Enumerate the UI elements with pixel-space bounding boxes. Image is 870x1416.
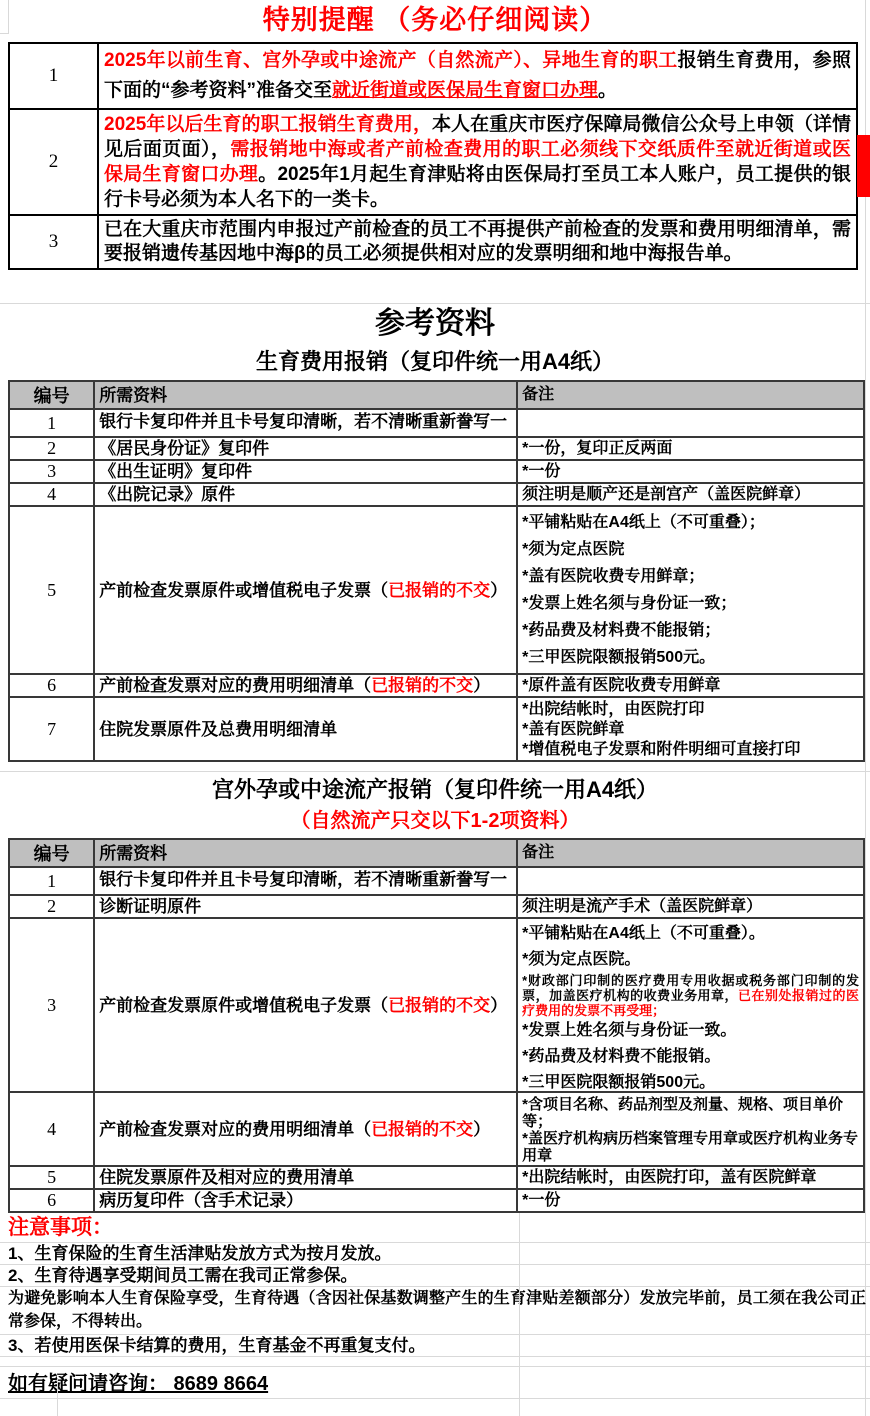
table-row: 1 银行卡复印件并且卡号复印清晰，若不清晰重新誊写一遍 <box>9 409 864 437</box>
cell-num: 3 <box>9 460 94 483</box>
notice-cell: 2025年以后生育的职工报销生育费用，本人在重庆市医疗保障局微信公众号上申领（详… <box>98 109 857 215</box>
note-line: *药品费及材料费不能报销。 <box>522 1044 859 1070</box>
cell-material: 病历复印件（含手术记录） <box>94 1189 517 1212</box>
note-list: *出院结帐时，由医院打印 *盖有医院鲜章 *增值税电子发票和附件明细可直接打印 <box>522 700 859 758</box>
cell-num: 4 <box>9 483 94 506</box>
note-line: *发票上姓名须与身份证一致。 <box>522 1018 859 1044</box>
table-header-row: 编号 所需资料 备注 <box>9 839 864 867</box>
cell-material: 产前检查发票对应的费用明细清单（已报销的不交） <box>94 674 517 697</box>
note-line: *须为定点医院 <box>522 537 859 563</box>
cell-num: 2 <box>9 895 94 918</box>
note-line: *平铺粘贴在A4纸上（不可重叠）。 <box>522 921 859 947</box>
notice-black-text: 。 <box>598 80 617 101</box>
notice-red-text: 2025年以后生育的职工报销生育费用， <box>104 114 432 135</box>
contact-text: 如有疑问请咨询： 8689 8664 <box>8 1373 268 1395</box>
material-text: 产前检查发票对应的费用明细清单（ <box>99 676 371 695</box>
cell-num: 1 <box>9 409 94 437</box>
notice-cell: 2025年以前生育、宫外孕或中途流产（自然流产）、异地生育的职工报销生育费用，参… <box>98 43 857 109</box>
cell-material: 《出生证明》复印件 <box>94 460 517 483</box>
note-list: *平铺粘贴在A4纸上（不可重叠）； *须为定点医院 *盖有医院收费专用鲜章； *… <box>522 509 859 671</box>
table-row: 6 产前检查发票对应的费用明细清单（已报销的不交） *原件盖有医院收费专用鲜章 <box>9 674 864 697</box>
empty-grid-row <box>0 762 870 772</box>
cell-note: 须注明是流产手术（盖医院鲜章） <box>517 895 864 918</box>
reference-table-2: 编号 所需资料 备注 1 银行卡复印件并且卡号复印清晰，若不清晰重新誊写一遍 2… <box>8 838 865 1213</box>
cell-material: 银行卡复印件并且卡号复印清晰，若不清晰重新誊写一遍 <box>94 867 517 895</box>
note-line: *三甲医院限额报销500元。 <box>522 645 859 671</box>
table-row: 3 产前检查发票原件或增值税电子发票（已报销的不交） *平铺粘贴在A4纸上（不可… <box>9 918 864 1092</box>
table-row: 2 诊断证明原件 须注明是流产手术（盖医院鲜章） <box>9 895 864 918</box>
grid-line <box>8 0 9 33</box>
row-number: 1 <box>9 43 98 109</box>
cell-note: *平铺粘贴在A4纸上（不可重叠）。 *须为定点医院。 *财政部门印制的医疗费用专… <box>517 918 864 1092</box>
material-text: ） <box>490 581 507 600</box>
note-line: *出院结帐时，由医院打印 <box>522 700 859 720</box>
table2-title: 宫外孕或中途流产报销（复印件统一用A4纸） <box>0 772 870 808</box>
cell-note: *出院结帐时，由医院打印 *盖有医院鲜章 *增值税电子发票和附件明细可直接打印 <box>517 697 864 761</box>
cell-num: 6 <box>9 1189 94 1212</box>
reference-table-1: 编号 所需资料 备注 1 银行卡复印件并且卡号复印清晰，若不清晰重新誊写一遍 2… <box>8 380 865 762</box>
cell-num: 7 <box>9 697 94 761</box>
notice-text: 已在大重庆市范围内申报过产前检查的员工不再提供产前检查的发票和费用明细清单，需要… <box>104 218 851 266</box>
cell-material: 《居民身份证》复印件 <box>94 437 517 460</box>
table2-subtitle: （自然流产只交以下1-2项资料） <box>0 808 870 838</box>
table-row: 4 《出院记录》原件 须注明是顺产还是剖宫产（盖医院鲜章） <box>9 483 864 506</box>
cell-note: *平铺粘贴在A4纸上（不可重叠）； *须为定点医院 *盖有医院收费专用鲜章； *… <box>517 506 864 674</box>
material-text: 产前检查发票原件或增值税电子发票（ <box>99 581 388 600</box>
material-red-text: 已报销的不交 <box>388 581 490 600</box>
cell-num: 5 <box>9 1166 94 1189</box>
note-line: *三甲医院限额报销500元。 <box>522 1070 859 1092</box>
table-header-row: 编号 所需资料 备注 <box>9 381 864 409</box>
grid-line <box>57 1379 58 1416</box>
page-title: 特别提醒 （务必仔细阅读） <box>0 0 870 42</box>
note-line: *盖有医院收费专用鲜章； <box>522 564 859 590</box>
clipped-text: 银行卡复印件并且卡号复印清晰，若不清晰重新誊写一遍 <box>99 868 512 894</box>
table-row: 6 病历复印件（含手术记录） *一份 <box>9 1189 864 1212</box>
note-list: *含项目名称、药品剂型及剂量、规格、项目单价等； *盖医疗机构病历档案管理专用章… <box>522 1096 859 1162</box>
cell-material: 诊断证明原件 <box>94 895 517 918</box>
notice-red-text: 2025年以前生育、宫外孕或中途流产（自然流产）、异地生育的职工 <box>104 50 678 71</box>
notice-text: 2025年以后生育的职工报销生育费用，本人在重庆市医疗保障局微信公众号上申领（详… <box>104 112 851 212</box>
col-header-note: 备注 <box>517 381 864 409</box>
cell-num: 3 <box>9 918 94 1092</box>
material-red-text: 已报销的不交 <box>371 1120 473 1139</box>
col-header-num: 编号 <box>9 381 94 409</box>
cell-note: *一份 <box>517 1189 864 1212</box>
table1-title: 生育费用报销（复印件统一用A4纸） <box>0 344 870 380</box>
material-text: 产前检查发票对应的费用明细清单（ <box>99 1120 371 1139</box>
cell-material: 产前检查发票原件或增值税电子发票（已报销的不交） <box>94 918 517 1092</box>
col-header-num: 编号 <box>9 839 94 867</box>
notice-row-2: 2 2025年以后生育的职工报销生育费用，本人在重庆市医疗保障局微信公众号上申领… <box>9 109 857 215</box>
note-line: *含项目名称、药品剂型及剂量、规格、项目单价等； <box>522 1096 859 1130</box>
note-paragraph: 为避免影响本人生育保险享受，生育待遇（含因社保基数调整产生的生育津贴差额部分）发… <box>0 1287 870 1335</box>
notes-title: 注意事项： <box>0 1213 870 1243</box>
table-row: 5 产前检查发票原件或增值税电子发票（已报销的不交） *平铺粘贴在A4纸上（不可… <box>9 506 864 674</box>
grid-line <box>865 0 866 1416</box>
red-highlight-cell <box>857 135 870 197</box>
note-line: *须为定点医院。 <box>522 947 859 973</box>
special-notice-table: 1 2025年以前生育、宫外孕或中途流产（自然流产）、异地生育的职工报销生育费用… <box>8 42 858 270</box>
empty-grid-row <box>0 1357 870 1367</box>
empty-grid-row <box>0 1399 870 1416</box>
note-line-1: 1、生育保险的生育生活津贴发放方式为按月发放。 <box>0 1243 870 1265</box>
cell-material: 住院发票原件及相对应的费用清单 <box>94 1166 517 1189</box>
notes-section: 注意事项： 1、生育保险的生育生活津贴发放方式为按月发放。 2、生育待遇享受期间… <box>0 1213 870 1416</box>
material-red-text: 已报销的不交 <box>371 676 473 695</box>
note-line: *发票上姓名须与身份证一致； <box>522 591 859 617</box>
note-list: *平铺粘贴在A4纸上（不可重叠）。 *须为定点医院。 *财政部门印制的医疗费用专… <box>522 921 859 1089</box>
spreadsheet-page: 特别提醒 （务必仔细阅读） 1 2025年以前生育、宫外孕或中途流产（自然流产）… <box>0 0 870 1416</box>
cell-note <box>517 867 864 895</box>
cell-material: 产前检查发票对应的费用明细清单（已报销的不交） <box>94 1092 517 1166</box>
note-line: *药品费及材料费不能报销； <box>522 618 859 644</box>
cell-material: 银行卡复印件并且卡号复印清晰，若不清晰重新誊写一遍 <box>94 409 517 437</box>
cell-num: 1 <box>9 867 94 895</box>
note-line-3: 3、若使用医保卡结算的费用，生育基金不再重复支付。 <box>0 1335 870 1357</box>
cell-note: 须注明是顺产还是剖宫产（盖医院鲜章） <box>517 483 864 506</box>
note-line-2: 2、生育待遇享受期间员工需在我司正常参保。 <box>0 1265 870 1287</box>
notice-text: 2025年以前生育、宫外孕或中途流产（自然流产）、异地生育的职工报销生育费用，参… <box>104 46 851 106</box>
table-row: 3 《出生证明》复印件 *一份 <box>9 460 864 483</box>
col-header-note: 备注 <box>517 839 864 867</box>
cell-note: *出院结帐时，由医院打印，盖有医院鲜章 <box>517 1166 864 1189</box>
material-text: ） <box>473 676 490 695</box>
grid-line <box>519 1213 520 1416</box>
cell-note: *一份，复印正反两面 <box>517 437 864 460</box>
clipped-text: 银行卡复印件并且卡号复印清晰，若不清晰重新誊写一遍 <box>99 410 512 436</box>
empty-grid-row <box>0 270 870 304</box>
table-row: 7 住院发票原件及总费用明细清单 *出院结帐时，由医院打印 *盖有医院鲜章 *增… <box>9 697 864 761</box>
material-red-text: 已报销的不交 <box>388 996 490 1015</box>
table-row: 4 产前检查发票对应的费用明细清单（已报销的不交） *含项目名称、药品剂型及剂量… <box>9 1092 864 1166</box>
contact-row: 如有疑问请咨询： 8689 8664 <box>0 1367 870 1399</box>
note-line: *增值税电子发票和附件明细可直接打印 <box>522 740 859 760</box>
table-row: 2 《居民身份证》复印件 *一份，复印正反两面 <box>9 437 864 460</box>
notice-row-3: 3 已在大重庆市范围内申报过产前检查的员工不再提供产前检查的发票和费用明细清单，… <box>9 215 857 269</box>
table-row: 1 银行卡复印件并且卡号复印清晰，若不清晰重新誊写一遍 <box>9 867 864 895</box>
cell-num: 6 <box>9 674 94 697</box>
note-line-small: *财政部门印制的医疗费用专用收据或税务部门印制的发票，加盖医疗机构的收费业务用章… <box>522 973 859 1018</box>
col-header-material: 所需资料 <box>94 381 517 409</box>
grid-line <box>0 33 9 34</box>
cell-note <box>517 409 864 437</box>
section-heading: 参考资料 <box>0 304 870 344</box>
cell-material: 《出院记录》原件 <box>94 483 517 506</box>
cell-note: *含项目名称、药品剂型及剂量、规格、项目单价等； *盖医疗机构病历档案管理专用章… <box>517 1092 864 1166</box>
cell-num: 4 <box>9 1092 94 1166</box>
cell-material: 产前检查发票原件或增值税电子发票（已报销的不交） <box>94 506 517 674</box>
col-header-material: 所需资料 <box>94 839 517 867</box>
cell-num: 5 <box>9 506 94 674</box>
cell-num: 2 <box>9 437 94 460</box>
note-line: *盖有医院鲜章 <box>522 720 859 740</box>
material-text: ） <box>473 1120 490 1139</box>
material-text: ） <box>490 996 507 1015</box>
row-number: 3 <box>9 215 98 269</box>
cell-note: *一份 <box>517 460 864 483</box>
notice-underline-red-text: 就近街道或医保局生育窗口办理 <box>332 80 598 101</box>
notice-cell: 已在大重庆市范围内申报过产前检查的员工不再提供产前检查的发票和费用明细清单，需要… <box>98 215 857 269</box>
cell-note: *原件盖有医院收费专用鲜章 <box>517 674 864 697</box>
cell-material: 住院发票原件及总费用明细清单 <box>94 697 517 761</box>
material-text: 产前检查发票原件或增值税电子发票（ <box>99 996 388 1015</box>
table-row: 5 住院发票原件及相对应的费用清单 *出院结帐时，由医院打印，盖有医院鲜章 <box>9 1166 864 1189</box>
notice-row-1: 1 2025年以前生育、宫外孕或中途流产（自然流产）、异地生育的职工报销生育费用… <box>9 43 857 109</box>
row-number: 2 <box>9 109 98 215</box>
note-line: *盖医疗机构病历档案管理专用章或医疗机构业务专用章 <box>522 1130 859 1164</box>
note-line: *平铺粘贴在A4纸上（不可重叠）； <box>522 510 859 536</box>
